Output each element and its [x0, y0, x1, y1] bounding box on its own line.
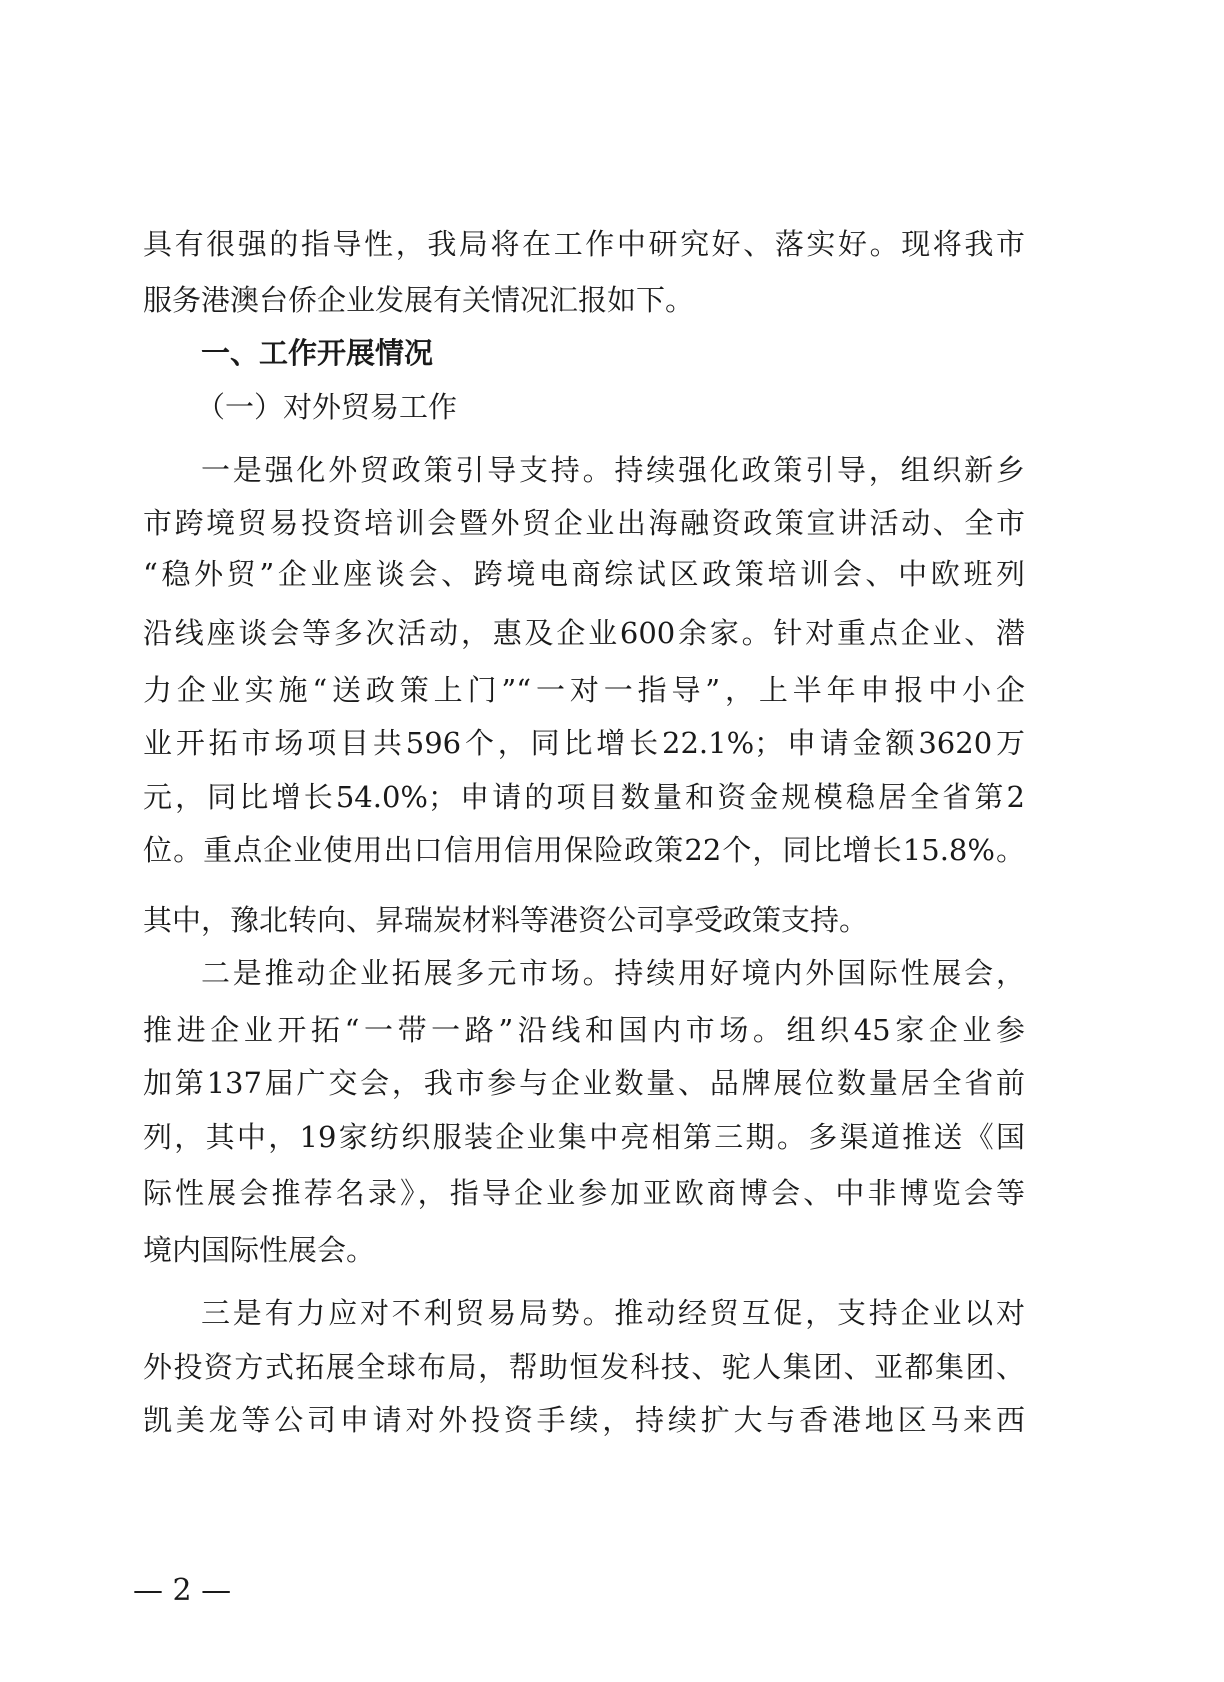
body-text-line: 外投资方式拓展全球布局，帮助恒发科技、驼人集团、亚都集团、	[143, 1347, 1025, 1387]
body-text-line: 列，其中，19家纺织服装企业集中亮相第三期。多渠道推送《国	[143, 1117, 1025, 1157]
page-number: — 2 —	[133, 1571, 231, 1611]
paragraph-first-line: 一是强化外贸政策引导支持。持续强化政策引导，组织新乡	[201, 450, 1025, 490]
body-text-line: “稳外贸”企业座谈会、跨境电商综试区政策培训会、中欧班列	[143, 554, 1025, 594]
body-text-line: 位。重点企业使用出口信用信用保险政策22个，同比增长15.8%。	[143, 830, 1025, 870]
document-page: 具有很强的指导性，我局将在工作中研究好、落实好。现将我市服务港澳台侨企业发展有关…	[0, 0, 1224, 1682]
body-text-line: 加第137届广交会，我市参与企业数量、品牌展位数量居全省前	[143, 1063, 1025, 1103]
body-text-line: 市跨境贸易投资培训会暨外贸企业出海融资政策宣讲活动、全市	[143, 503, 1025, 543]
subsection-heading: （一）对外贸易工作	[196, 387, 457, 427]
body-text-line: 元，同比增长54.0%；申请的项目数量和资金规模稳居全省第2	[143, 777, 1025, 817]
paragraph-last-line: 境内国际性展会。	[143, 1230, 1025, 1270]
body-text-line: 力企业实施“送政策上门”“一对一指导”，上半年申报中小企	[143, 670, 1025, 710]
paragraph-last-line: 其中，豫北转向、昇瑞炭材料等港资公司享受政策支持。	[143, 900, 1025, 940]
body-text-line: 际性展会推荐名录》，指导企业参加亚欧商博会、中非博览会等	[143, 1173, 1025, 1213]
body-text-line: 凯美龙等公司申请对外投资手续，持续扩大与香港地区马来西	[143, 1400, 1025, 1440]
body-text-line: 推进企业开拓“一带一路”沿线和国内市场。组织45家企业参	[143, 1010, 1025, 1050]
body-text-line: 业开拓市场项目共596个，同比增长22.1%；申请金额3620万	[143, 723, 1025, 763]
paragraph-first-line: 三是有力应对不利贸易局势。推动经贸互促，支持企业以对	[201, 1293, 1025, 1333]
section-heading: 一、工作开展情况	[201, 333, 433, 373]
body-text-line: 具有很强的指导性，我局将在工作中研究好、落实好。现将我市	[143, 224, 1025, 264]
paragraph-first-line: 二是推动企业拓展多元市场。持续用好境内外国际性展会，	[201, 953, 1025, 993]
body-text-line: 沿线座谈会等多次活动，惠及企业600余家。针对重点企业、潜	[143, 613, 1025, 653]
paragraph-last-line: 服务港澳台侨企业发展有关情况汇报如下。	[143, 280, 1025, 320]
